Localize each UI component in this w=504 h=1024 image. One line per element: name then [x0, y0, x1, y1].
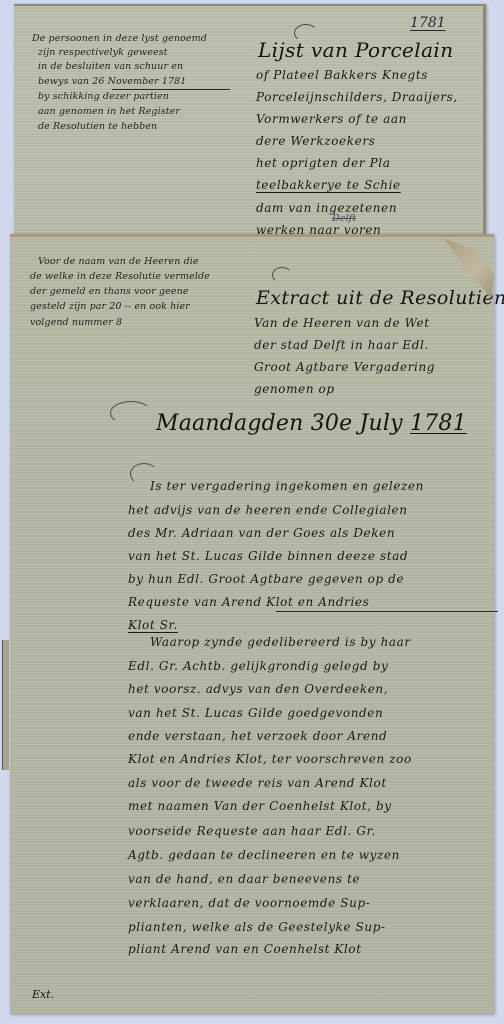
resolution-line: des Mr. Adriaan van der Goes als Deken: [128, 527, 395, 539]
resolution-line: het advijs van de heeren ende Collegiale…: [128, 504, 408, 516]
list-title: Lijst van Porcelain: [258, 40, 453, 60]
resolution-line: Edl. Gr. Achtb. gelijkgrondig gelegd by: [128, 660, 388, 672]
names-underline: [276, 611, 498, 612]
front-margin-note-line: de welke in deze Resolutie vermelde: [30, 272, 210, 282]
flourish-ornament: [272, 267, 292, 283]
back-margin-note-line: De persoonen in deze lyst genoemd: [32, 34, 207, 44]
front-margin-note-line: der gemeld en thans voor geene: [30, 287, 189, 297]
day-of-month: 30e: [311, 411, 353, 436]
list-title-line: het oprigten der Pla: [256, 157, 391, 169]
list-title-line: teelbakkerye te Schie: [256, 179, 401, 191]
heading-subtitle-line: genomen op: [254, 383, 335, 395]
list-title-line: of Plateel Bakkers Knegts: [256, 69, 428, 81]
list-title-line: dam van ingezetenen: [256, 202, 397, 214]
back-margin-note-line: aan genomen in het Register: [38, 107, 180, 117]
front-margin-note-line: Voor de naam van de Heeren die: [38, 257, 199, 267]
resolution-line: ende verstaan, het verzoek door Arend: [128, 730, 387, 742]
underlying-page-edge: [2, 640, 9, 770]
resolution-line: Is ter vergadering ingekomen en gelezen: [150, 480, 424, 492]
weekday: Maandagden: [156, 411, 303, 436]
list-title-line: dere Werkzoekers: [256, 135, 375, 147]
resolution-line: Waarop zynde gedelibereerd is by haar: [150, 636, 411, 648]
back-margin-note-line: in de besluiten van schuur en: [38, 62, 183, 72]
resolution-line: van de hand, en daar beneevens te: [128, 873, 360, 885]
front-document-sheet: Voor de naam van de Heeren die de welke …: [10, 234, 494, 1014]
resolution-line: het voorsz. advys van den Overdeeken,: [128, 683, 388, 695]
footer-mark: Ext.: [32, 989, 54, 1000]
resolution-line: Requeste van Arend Klot en Andries: [128, 596, 369, 608]
resolution-line: Klot en Andries Klot, ter voorschreven z…: [128, 753, 412, 765]
extract-title: Extract uit de Resolutien: [256, 289, 504, 308]
list-title-line: Porceleijnschilders, Draaijers,: [256, 91, 458, 103]
resolution-line: Agtb. gedaan te declineeren en te wyzen: [128, 849, 400, 861]
resolution-line: als voor de tweede reis van Arend Klot: [128, 777, 387, 789]
year: 1781: [410, 411, 467, 436]
heading-subtitle-line: der stad Delft in haar Edl.: [254, 339, 429, 351]
resolution-line: met naamen Van der Coenhelst Klot, by: [128, 800, 392, 812]
heading-subtitle-line: Groot Agtbare Vergadering: [254, 361, 435, 373]
date-underline: [112, 89, 230, 90]
back-margin-note-line: bewys van 26 November 1781: [38, 77, 186, 87]
resolution-line: verklaaren, dat de voornoemde Sup-: [128, 897, 370, 909]
flourish-ornament: [110, 401, 152, 425]
session-date: Maandagden 30e July 1781: [156, 413, 467, 435]
front-margin-note-line: gesteld zijn par 20 -- en ook hier: [30, 302, 190, 312]
resolution-line: voorseide Requeste aan haar Edl. Gr.: [128, 825, 376, 837]
list-title-line: Vormwerkers of te aan: [256, 113, 407, 125]
heading-subtitle-line: Van de Heeren van de Wet: [254, 317, 430, 329]
month: July: [360, 411, 403, 436]
back-margin-note-line: de Resolutien te hebben: [38, 122, 157, 132]
back-margin-note-line: zijn respectivelyk geweest: [38, 48, 168, 58]
year-annotation: 1781: [410, 16, 446, 30]
back-margin-note-line: by schikking dezer partien: [38, 92, 169, 102]
resolution-line: van het St. Lucas Gilde binnen deeze sta…: [128, 550, 408, 562]
resolution-line: by hun Edl. Groot Agtbare gegeven op de: [128, 573, 404, 585]
resolution-line: plianten, welke als de Geestelyke Sup-: [128, 921, 386, 933]
resolution-line: van het St. Lucas Gilde goedgevonden: [128, 707, 383, 719]
front-margin-note-line: volgend nummer 8: [30, 318, 122, 328]
resolution-line: Klot Sr.: [128, 619, 178, 631]
resolution-line: pliant Arend van en Coenhelst Klot: [128, 943, 362, 955]
